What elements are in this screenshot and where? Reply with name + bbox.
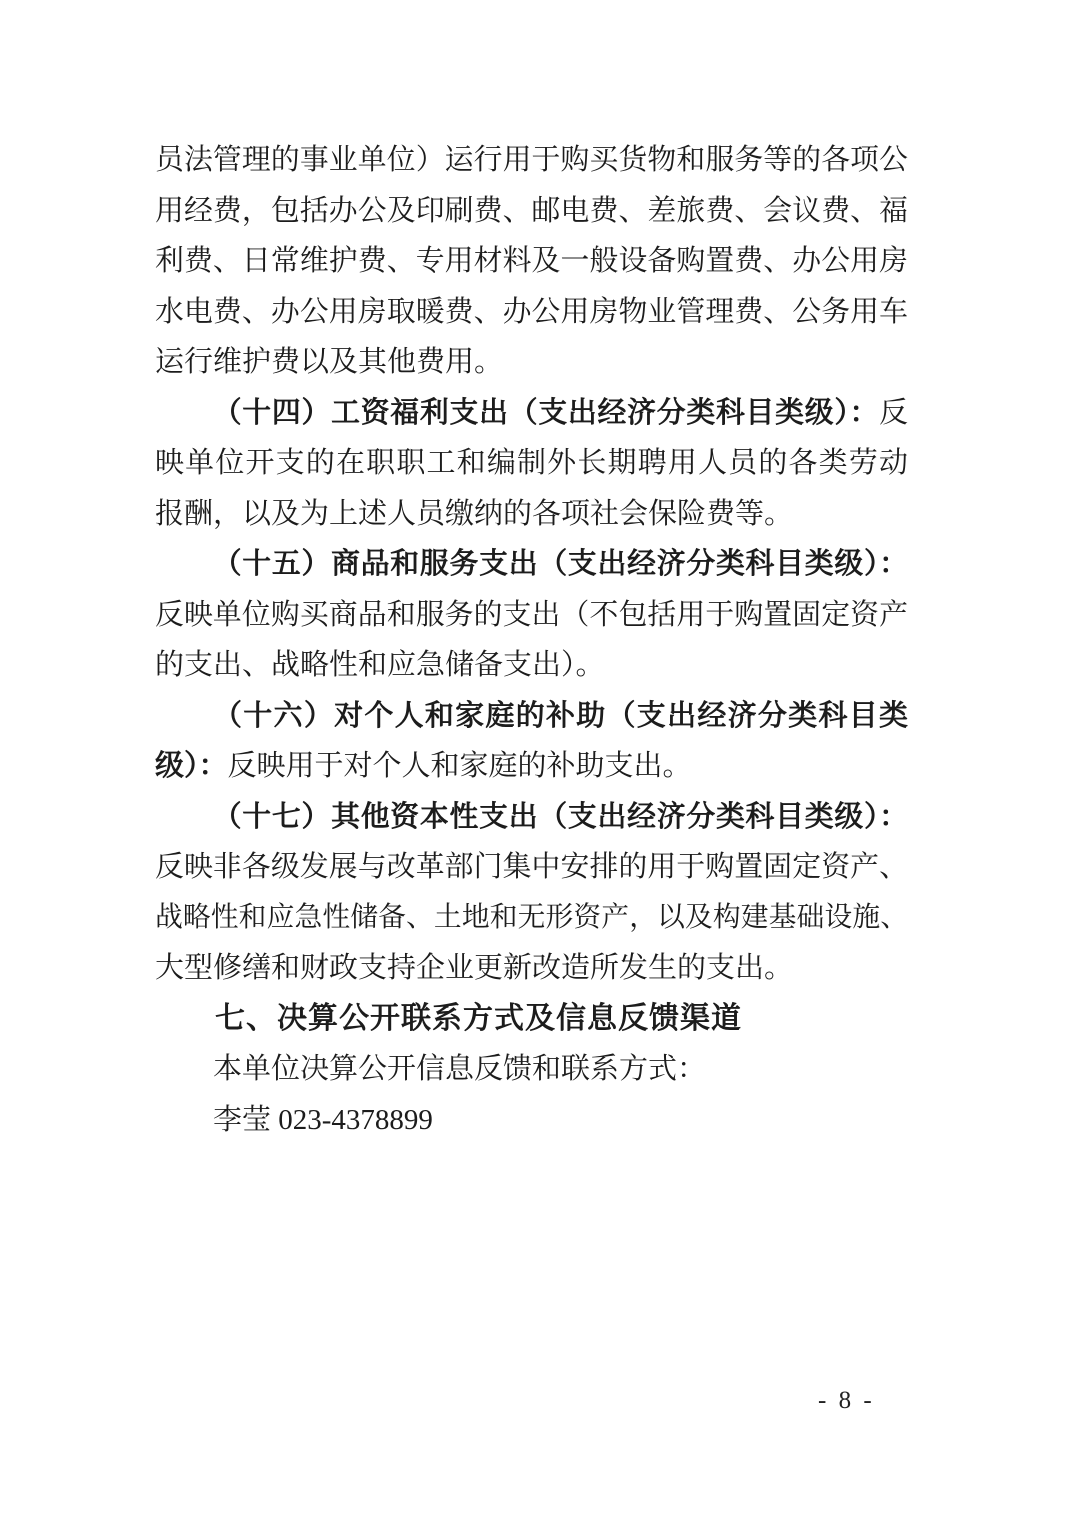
text-line-4: 水电费、办公用房取暖费、办公用房物业管理费、公务用车: [155, 287, 908, 338]
text-run: 反映用于对个人和家庭的补助支出。: [228, 750, 692, 782]
text-line-3: 利费、日常维护费、专用材料及一般设备购置费、办公用房: [155, 236, 908, 287]
text-line-11: 的支出、战略性和应急储备支出）。: [155, 640, 908, 691]
text-run: 映单位开支的在职职工和编制外长期聘用人员的各类劳动: [155, 447, 908, 479]
text-line-15: 反映非各级发展与改革部门集中安排的用于购置固定资产、: [155, 842, 908, 893]
bold-text-run: （十四）工资福利支出（支出经济分类科目类级）：: [213, 397, 879, 429]
text-run: 运行维护费以及其他费用。: [155, 346, 503, 378]
text-line-16: 战略性和应急性储备、土地和无形资产，以及构建基础设施、: [155, 893, 908, 944]
page-number: - 8 -: [818, 1387, 875, 1415]
text-line-17: 大型修缮和财政支持企业更新改造所发生的支出。: [155, 943, 908, 994]
text-run: 员法管理的事业单位）运行用于购买货物和服务等的各项公: [155, 144, 908, 176]
text-run: 反映单位购买商品和服务的支出（不包括用于购置固定资产: [155, 599, 908, 631]
text-run: 的支出、战略性和应急储备支出）。: [155, 649, 605, 681]
text-run: 李莹 023-4378899: [213, 1104, 433, 1136]
text-line-7: 映单位开支的在职职工和编制外长期聘用人员的各类劳动: [155, 438, 908, 489]
text-line-8: 报酬，以及为上述人员缴纳的各项社会保险费等。: [155, 489, 908, 540]
text-line-6: （十四）工资福利支出（支出经济分类科目类级）：反: [155, 388, 908, 439]
text-line-13: 级）：反映用于对个人和家庭的补助支出。: [155, 741, 908, 792]
text-line-9: （十五）商品和服务支出（支出经济分类科目类级）：: [155, 539, 908, 590]
text-run: 战略性和应急性储备、土地和无形资产，以及构建基础设施、: [155, 902, 908, 933]
text-line-18: 七、决算公开联系方式及信息反馈渠道: [155, 994, 908, 1045]
text-line-12: （十六）对个人和家庭的补助（支出经济分类科目类: [155, 691, 908, 742]
text-run: 反: [879, 397, 908, 429]
text-run: 大型修缮和财政支持企业更新改造所发生的支出。: [155, 952, 793, 984]
text-line-2: 用经费，包括办公及印刷费、邮电费、差旅费、会议费、福: [155, 186, 908, 237]
text-run: 本单位决算公开信息反馈和联系方式：: [213, 1053, 706, 1085]
text-line-10: 反映单位购买商品和服务的支出（不包括用于购置固定资产: [155, 590, 908, 641]
text-run: 水电费、办公用房取暖费、办公用房物业管理费、公务用车: [155, 296, 908, 328]
bold-text-run: （十七）其他资本性支出（支出经济分类科目类级）：: [213, 801, 908, 833]
bold-text-run: （十六）对个人和家庭的补助（支出经济分类科目类: [213, 700, 908, 732]
text-line-19: 本单位决算公开信息反馈和联系方式：: [155, 1044, 908, 1095]
document-page: 员法管理的事业单位）运行用于购买货物和服务等的各项公用经费，包括办公及印刷费、邮…: [0, 0, 1069, 1515]
bold-text-run: （十五）商品和服务支出（支出经济分类科目类级）：: [213, 548, 908, 580]
text-line-5: 运行维护费以及其他费用。: [155, 337, 908, 388]
text-run: 利费、日常维护费、专用材料及一般设备购置费、办公用房: [155, 245, 908, 277]
text-line-14: （十七）其他资本性支出（支出经济分类科目类级）：: [155, 792, 908, 843]
document-body: 员法管理的事业单位）运行用于购买货物和服务等的各项公用经费，包括办公及印刷费、邮…: [155, 135, 908, 1145]
text-run: 反映非各级发展与改革部门集中安排的用于购置固定资产、: [155, 851, 908, 883]
bold-text-run: 级）：: [155, 750, 228, 782]
text-line-20: 李莹 023-4378899: [155, 1095, 908, 1146]
text-line-1: 员法管理的事业单位）运行用于购买货物和服务等的各项公: [155, 135, 908, 186]
text-run: 用经费，包括办公及印刷费、邮电费、差旅费、会议费、福: [155, 195, 908, 227]
bold-text-run: 七、决算公开联系方式及信息反馈渠道: [215, 1002, 742, 1035]
text-run: 报酬，以及为上述人员缴纳的各项社会保险费等。: [155, 498, 793, 530]
